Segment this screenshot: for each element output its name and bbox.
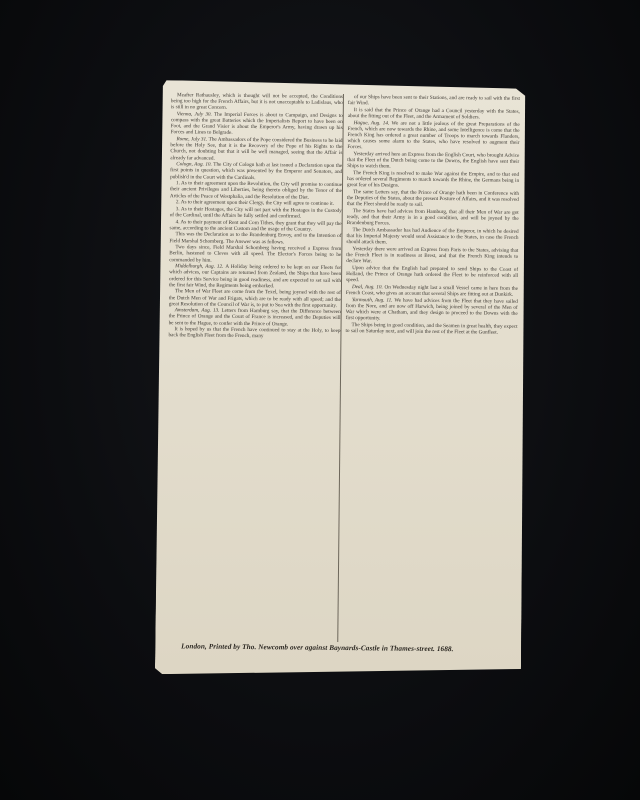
article-paragraph: Two days since, Field Marshal Schomberg … — [169, 244, 341, 264]
article-paragraph: Hague, Aug. 14. We are not a little jeal… — [347, 120, 519, 153]
paragraph-text: The Men of War Fleet are come from the T… — [169, 289, 341, 309]
right-column: of our Ships have been sent to their Sta… — [342, 94, 520, 644]
article-paragraph: Yesterday arrived here an Express from t… — [347, 151, 519, 171]
paragraph-text: The French King is resolved to make War … — [347, 170, 519, 189]
article-paragraph: Cologn, Aug. 10. The City of Cologn hath… — [170, 161, 342, 181]
article-paragraph: It is hoped by us that the French have c… — [168, 326, 340, 340]
article-paragraph: Yesterday there were arrived an Express … — [346, 246, 518, 266]
article-paragraph: Upon advice that the English had prepare… — [346, 265, 518, 285]
article-paragraph: The Men of War Fleet are come from the T… — [169, 289, 341, 309]
article-paragraph: Middelburgh, Aug. 12. A Holiday being or… — [169, 263, 341, 289]
paragraph-text: of our Ships have been sent to their Sta… — [348, 94, 520, 106]
paragraph-text: The same Letters say, that the Prince of… — [347, 189, 519, 208]
left-column: Meafter Rathausley, which is thought wil… — [165, 92, 343, 642]
paragraph-text: 3. As to their Hostages, the City will n… — [170, 206, 342, 219]
article-paragraph: Deal, Aug. 10. On Wednesday night last a… — [346, 284, 518, 298]
paragraph-text: The Ships being in good condition, and t… — [345, 322, 517, 336]
article-paragraph: Meafter Rathausley, which is thought wil… — [171, 92, 343, 112]
paragraph-text: The Dutch Ambassador has had Audience of… — [346, 227, 518, 246]
article-paragraph: Amsterdam, Aug. 13. Letters from Hamburg… — [169, 308, 341, 328]
article-paragraph: The States have had advices from Hamburg… — [347, 208, 519, 228]
article-paragraph: The Dutch Ambassador has had Audience of… — [346, 227, 518, 247]
article-paragraph: 3. As to their Hostages, the City will n… — [170, 206, 342, 220]
article-paragraph: The French King is resolved to make War … — [347, 170, 519, 190]
paragraph-text: The States have had advices from Hamburg… — [347, 208, 519, 227]
paragraph-text: This was the Declaration as to the Brand… — [169, 232, 341, 245]
article-paragraph: of our Ships have been sent to their Sta… — [348, 94, 520, 108]
paragraph-text: It is said that the Prince of Orange had… — [348, 107, 520, 120]
article-paragraph: It is said that the Prince of Orange had… — [348, 107, 520, 121]
paragraph-text: Yesterday arrived here an Express from t… — [347, 151, 519, 170]
paragraph-text: It is hoped by us that the French have c… — [168, 327, 340, 340]
paragraph-text: Two days since, Field Marshal Schomberg … — [169, 245, 341, 264]
article-paragraph: Vienna, July 30. The Imperial Forces is … — [171, 111, 343, 137]
article-paragraph: The same Letters say, that the Prince of… — [347, 189, 519, 209]
article-paragraph: Yarmouth, Aug. 11. We have had advices f… — [346, 297, 518, 323]
article-paragraph: The Ships being in good condition, and t… — [345, 322, 517, 336]
article-paragraph: 1. As to their agreement upon the Revolu… — [170, 180, 342, 200]
article-paragraph: Rome, July 31. The Ambassadors of the Po… — [170, 136, 342, 162]
paragraph-text: Yesterday there were arrived an Express … — [346, 246, 518, 265]
paragraph-text: Meafter Rathausley, which is thought wil… — [171, 92, 343, 111]
paragraph-text: 1. As to their agreement upon the Revolu… — [170, 180, 342, 200]
paragraph-text: Upon advice that the English had prepare… — [346, 265, 518, 283]
printer-imprint: London, Printed by Tho. Newcomb over aga… — [181, 642, 501, 653]
paragraph-text: 4. As to their payment of Rent and Corn … — [170, 219, 342, 233]
newspaper-page: Meafter Rathausley, which is thought wil… — [155, 80, 527, 678]
